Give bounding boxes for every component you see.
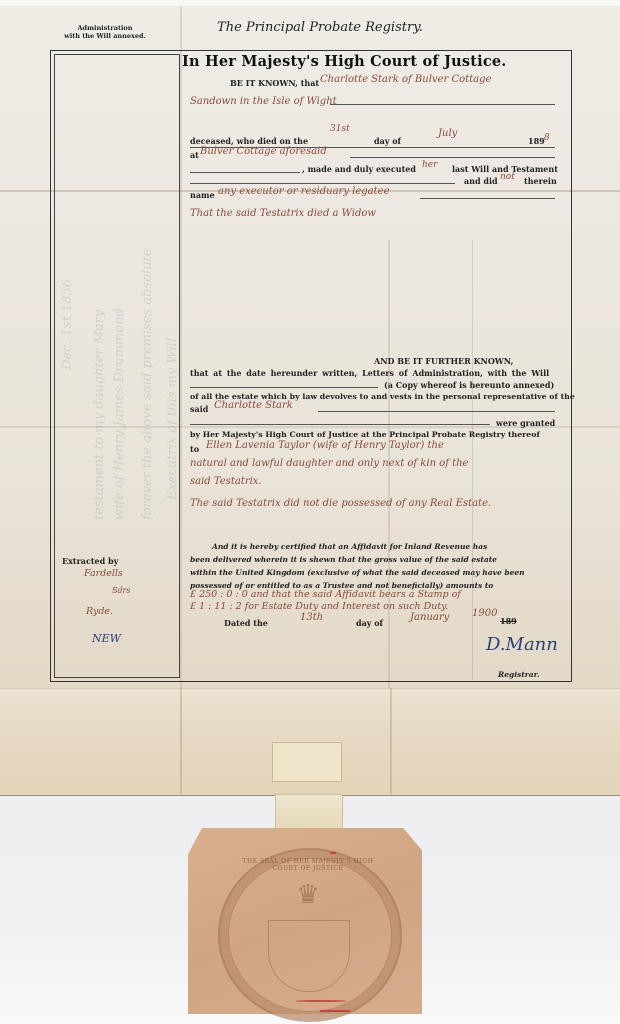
red-wax-mark bbox=[320, 1010, 350, 1012]
name-label: name bbox=[190, 190, 215, 200]
gross-value-amount: £ 250 : 0 : 0 and that the said Affidavi… bbox=[190, 589, 461, 600]
solicitor-suffix: Sdrs bbox=[112, 586, 131, 595]
dated-day: 13th bbox=[300, 612, 323, 623]
bleedthrough-text: wife of Henry James Drummond bbox=[112, 308, 127, 520]
affidavit-line2: been delivered wherein it is shewn that … bbox=[190, 555, 497, 564]
at-label: at bbox=[190, 150, 199, 160]
year-prefix: 189 bbox=[528, 136, 545, 146]
red-wax-mark bbox=[296, 1000, 346, 1002]
fill-line bbox=[190, 172, 300, 173]
red-wax-mark bbox=[330, 852, 336, 854]
death-place: Bulver Cottage aforesaid bbox=[200, 146, 327, 157]
be-it-known-label: BE IT KNOWN, that bbox=[230, 78, 319, 88]
fill-line bbox=[330, 104, 555, 105]
administration-label: Administration with the Will annexed. bbox=[50, 24, 160, 40]
death-month: July bbox=[438, 128, 457, 139]
bleedthrough-text: Executrix of this my Will bbox=[165, 338, 180, 500]
said-label: said bbox=[190, 404, 208, 414]
affidavit-line3: within the United Kingdom (exclusive of … bbox=[190, 568, 525, 577]
real-estate-note: The said Testatrix did not die possessed… bbox=[190, 498, 491, 509]
fill-line bbox=[190, 424, 490, 425]
death-day: 31st bbox=[330, 124, 350, 134]
fold-crease bbox=[390, 688, 392, 794]
crown-icon: ♛ bbox=[283, 880, 333, 910]
further-known-heading: AND BE IT FURTHER KNOWN, bbox=[374, 356, 513, 366]
ribbon-slot bbox=[272, 742, 342, 782]
deceased-name: Charlotte Stark of Bulver Cottage bbox=[320, 74, 491, 85]
day-of-label: day of bbox=[356, 618, 383, 628]
seal-ribbon bbox=[275, 794, 343, 830]
court-heading: In Her Majesty's High Court of Justice. bbox=[182, 53, 572, 70]
said-name-value: Charlotte Stark bbox=[214, 400, 293, 411]
admin-label-line2: with the Will annexed. bbox=[50, 32, 160, 40]
dated-year: 1900 bbox=[472, 608, 497, 619]
year-suffix: 8 bbox=[544, 133, 550, 143]
named-party-value: any executor or residuary legatee bbox=[218, 186, 390, 197]
dated-month: January bbox=[410, 612, 449, 623]
letters-line: that at the date hereunder written, Lett… bbox=[190, 368, 549, 378]
dated-the-label: Dated the bbox=[224, 618, 268, 628]
fold-crease bbox=[180, 688, 182, 794]
fill-line bbox=[350, 157, 555, 158]
pronoun-value: her bbox=[422, 160, 437, 170]
bleedthrough-text: testament to my daughter Mary bbox=[92, 310, 107, 520]
bleedthrough-text: Dec. 1st 1856 bbox=[60, 279, 75, 370]
were-granted-label: were granted bbox=[496, 418, 555, 428]
clerk-initials: NEW bbox=[92, 632, 121, 645]
copy-annexed-line: (a Copy whereof is hereunto annexed) bbox=[384, 380, 554, 390]
negation-value: not bbox=[500, 172, 515, 182]
therein-label: therein bbox=[524, 176, 557, 186]
and-did-label: and did bbox=[464, 176, 498, 186]
admin-label-line1: Administration bbox=[50, 24, 160, 32]
registrar-label: Registrar. bbox=[498, 670, 539, 679]
fill-line bbox=[190, 387, 378, 388]
court-registry-line: by Her Majesty's High Court of Justice a… bbox=[190, 430, 540, 439]
day-of-label: day of bbox=[374, 136, 401, 146]
seal-legend: THE SEAL OF HER MAJESTY'S HIGH COURT OF … bbox=[232, 858, 384, 872]
bleedthrough-text: forever the above said premises absolute bbox=[140, 249, 155, 520]
registrar-signature: D.Mann bbox=[486, 634, 558, 655]
deceased-died-label: deceased, who died on the bbox=[190, 136, 308, 146]
affidavit-line1: And it is hereby certified that an Affid… bbox=[212, 542, 487, 551]
grantee-line3: said Testatrix. bbox=[190, 476, 262, 487]
widow-note: That the said Testatrix died a Widow bbox=[190, 208, 376, 219]
registry-title: The Principal Probate Registry. bbox=[200, 20, 440, 35]
made-executed-label: , made and duly executed bbox=[302, 164, 416, 174]
solicitor-town: Ryde. bbox=[86, 606, 113, 617]
deceased-address: Sandown in the Isle of Wight bbox=[190, 96, 337, 107]
grantee-line2: natural and lawful daughter and only nex… bbox=[190, 458, 468, 469]
fill-line bbox=[190, 183, 455, 184]
struck-year-prefix: 189 bbox=[500, 616, 517, 626]
solicitor-firm: Fardells bbox=[84, 568, 123, 579]
grantee-line1: Ellen Lavenia Taylor (wife of Henry Tayl… bbox=[206, 440, 444, 451]
extracted-by-label: Extracted by bbox=[62, 556, 118, 566]
stamp-duty-amount: £ 1 : 11 : 2 for Estate Duty and Interes… bbox=[190, 601, 448, 612]
fill-line bbox=[420, 198, 555, 199]
fill-line bbox=[318, 411, 555, 412]
to-label: to bbox=[190, 444, 199, 454]
